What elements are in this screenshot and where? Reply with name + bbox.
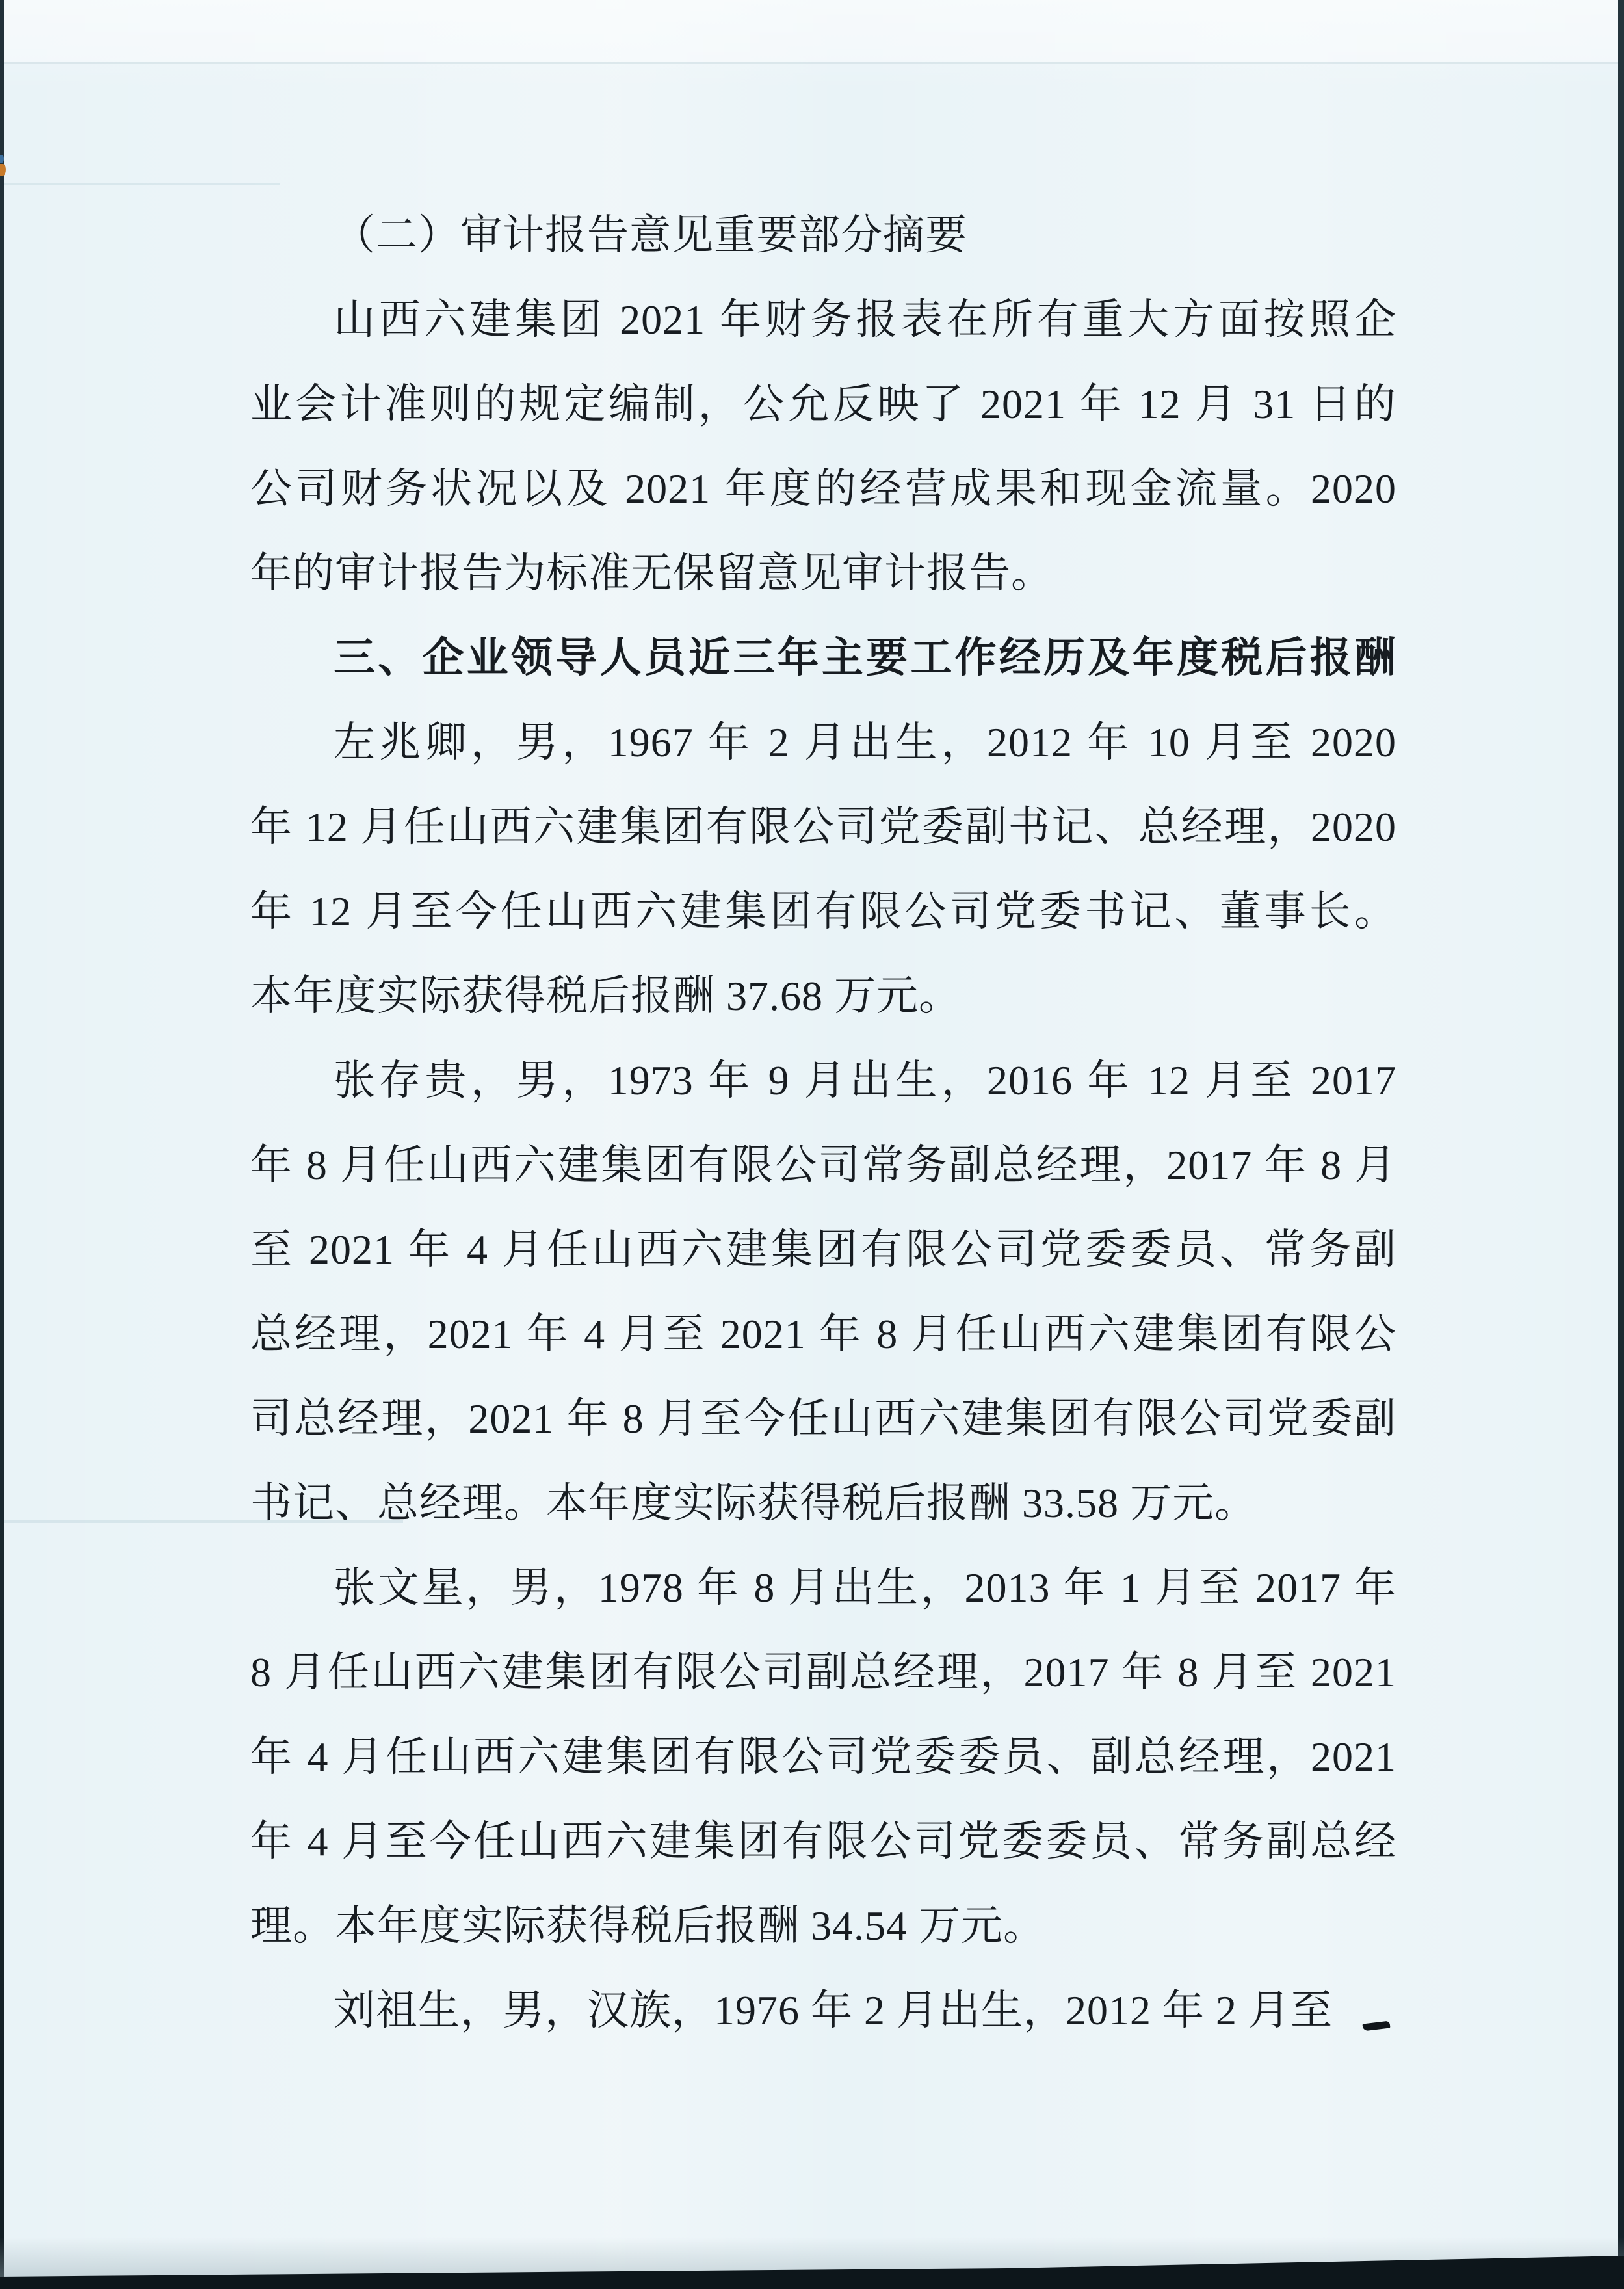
body-line: 8 月任山西六建集团有限公司副总经理，2017 年 8 月至 2021 bbox=[250, 1630, 1396, 1715]
chapter-heading-line: 三、企业领导人员近三年主要工作经历及年度税后报酬 bbox=[250, 616, 1396, 700]
body-line: 年 12 月至今任山西六建集团有限公司党委书记、董事长。 bbox=[250, 869, 1396, 954]
body-line: 业会计准则的规定编制，公允反映了 2021 年 12 月 31 日的 bbox=[250, 362, 1396, 447]
scanned-document-page: （二）审计报告意见重要部分摘要 山西六建集团 2021 年财务报表在所有重大方面… bbox=[0, 0, 1624, 2289]
body-line: 年 12 月任山西六建集团有限公司党委副书记、总经理，2020 bbox=[250, 785, 1396, 869]
scan-edge-right bbox=[1618, 0, 1624, 2289]
body-line: 书记、总经理。本年度实际获得税后报酬 33.58 万元。 bbox=[250, 1461, 1396, 1546]
document-text-block: （二）审计报告意见重要部分摘要 山西六建集团 2021 年财务报表在所有重大方面… bbox=[250, 193, 1396, 2053]
body-line: 刘祖生，男，汉族，1976 年 2 月出生，2012 年 2 月至 bbox=[250, 1968, 1396, 2053]
body-line: 山西六建集团 2021 年财务报表在所有重大方面按照企 bbox=[250, 278, 1396, 362]
scan-artifact-orange-dot bbox=[0, 164, 6, 176]
body-line: 司总经理，2021 年 8 月至今任山西六建集团有限公司党委副 bbox=[250, 1377, 1396, 1461]
body-line: 公司财务状况以及 2021 年度的经营成果和现金流量。2020 bbox=[250, 447, 1396, 531]
scan-crease-top bbox=[0, 0, 1624, 64]
body-line: 本年度实际获得税后报酬 37.68 万元。 bbox=[250, 954, 1396, 1039]
scan-crease-upper-left bbox=[0, 183, 280, 185]
body-line: 年 4 月至今任山西六建集团有限公司党委委员、常务副总经 bbox=[250, 1799, 1396, 1884]
body-line: 至 2021 年 4 月任山西六建集团有限公司党委委员、常务副 bbox=[250, 1208, 1396, 1292]
body-line: 左兆卿，男，1967 年 2 月出生，2012 年 10 月至 2020 bbox=[250, 700, 1396, 785]
body-line: 年 4 月任山西六建集团有限公司党委委员、副总经理，2021 bbox=[250, 1715, 1396, 1799]
body-line: 张存贵，男，1973 年 9 月出生，2016 年 12 月至 2017 bbox=[250, 1039, 1396, 1123]
body-line: 年的审计报告为标准无保留意见审计报告。 bbox=[250, 531, 1396, 616]
body-line: 张文星，男，1978 年 8 月出生，2013 年 1 月至 2017 年 bbox=[250, 1546, 1396, 1630]
body-line: 年 8 月任山西六建集团有限公司常务副总经理，2017 年 8 月 bbox=[250, 1123, 1396, 1208]
body-line: 理。本年度实际获得税后报酬 34.54 万元。 bbox=[250, 1884, 1396, 1968]
scan-artifact-blue-dot bbox=[0, 155, 4, 163]
section-heading-line: （二）审计报告意见重要部分摘要 bbox=[250, 193, 1396, 278]
scan-edge-left bbox=[0, 0, 4, 2289]
body-line: 总经理，2021 年 4 月至 2021 年 8 月任山西六建集团有限公 bbox=[250, 1292, 1396, 1377]
